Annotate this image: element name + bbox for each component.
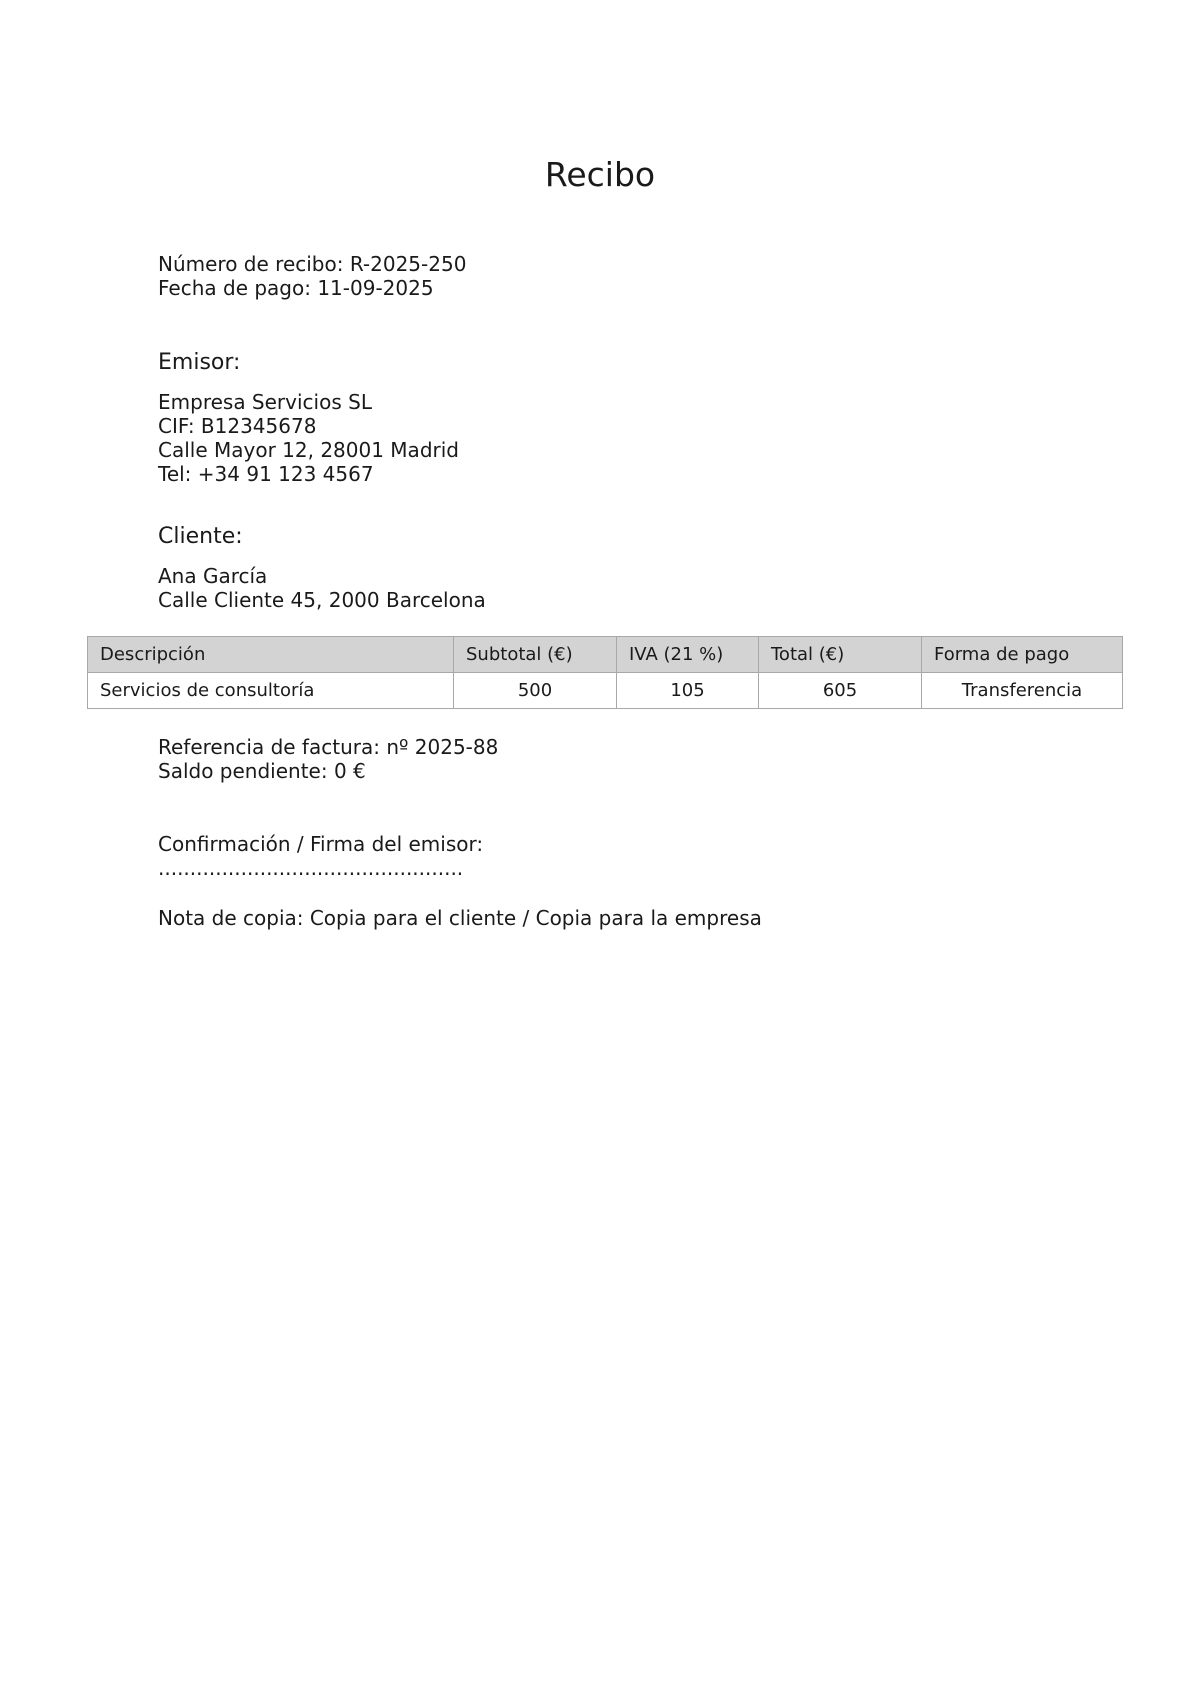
emisor-cif: CIF: B12345678 (158, 414, 459, 438)
receipt-meta: Número de recibo: R-2025-250 Fecha de pa… (158, 252, 466, 300)
header-iva: IVA (21 %) (617, 637, 759, 673)
cliente-heading: Cliente: (158, 524, 243, 550)
receipt-items-table: Descripción Subtotal (€) IVA (21 %) Tota… (87, 636, 1123, 709)
emisor-phone: Tel: +34 91 123 4567 (158, 462, 459, 486)
cell-total: 605 (759, 673, 922, 709)
page-title: Recibo (0, 155, 1200, 194)
emisor-details: Empresa Servicios SL CIF: B12345678 Call… (158, 390, 459, 486)
header-payment-method: Forma de pago (922, 637, 1123, 673)
receipt-number: Número de recibo: R-2025-250 (158, 252, 466, 276)
header-description: Descripción (88, 637, 454, 673)
emisor-address: Calle Mayor 12, 28001 Madrid (158, 438, 459, 462)
copy-note: Nota de copia: Copia para el cliente / C… (158, 906, 762, 930)
cliente-name: Ana García (158, 564, 486, 588)
cell-description: Servicios de consultoría (88, 673, 454, 709)
cell-iva: 105 (617, 673, 759, 709)
copy-note-text: Nota de copia: Copia para el cliente / C… (158, 906, 762, 930)
header-subtotal: Subtotal (€) (454, 637, 617, 673)
header-total: Total (€) (759, 637, 922, 673)
signature-line: ........................................… (158, 856, 483, 880)
emisor-name: Empresa Servicios SL (158, 390, 459, 414)
references: Referencia de factura: nº 2025-88 Saldo … (158, 735, 498, 783)
cliente-address: Calle Cliente 45, 2000 Barcelona (158, 588, 486, 612)
cell-payment-method: Transferencia (922, 673, 1123, 709)
invoice-reference: Referencia de factura: nº 2025-88 (158, 735, 498, 759)
table-row: Servicios de consultoría 500 105 605 Tra… (88, 673, 1123, 709)
payment-date: Fecha de pago: 11-09-2025 (158, 276, 466, 300)
cell-subtotal: 500 (454, 673, 617, 709)
signature-block: Confirmación / Firma del emisor: .......… (158, 832, 483, 880)
emisor-heading: Emisor: (158, 350, 240, 376)
signature-label: Confirmación / Firma del emisor: (158, 832, 483, 856)
table-header-row: Descripción Subtotal (€) IVA (21 %) Tota… (88, 637, 1123, 673)
cliente-details: Ana García Calle Cliente 45, 2000 Barcel… (158, 564, 486, 612)
pending-balance: Saldo pendiente: 0 € (158, 759, 498, 783)
